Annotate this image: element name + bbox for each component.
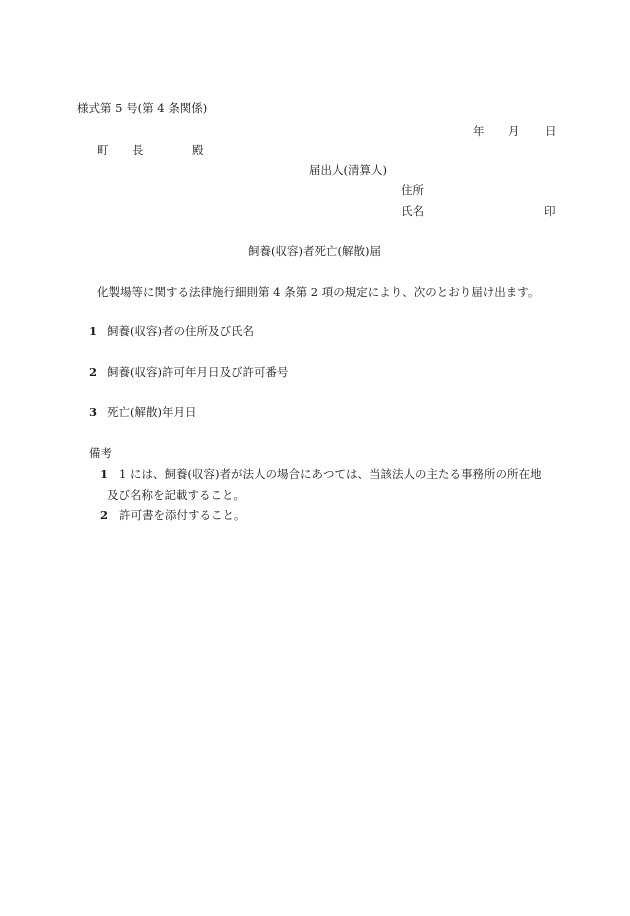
notes-heading: 備考 — [89, 446, 112, 460]
recipient-honorific: 殿 — [192, 143, 204, 157]
address-label: 住所 — [401, 183, 424, 197]
note-text: 1 には、飼養(収容)者が法人の場合にあつては、当該法人の主たる事務所の所在地 — [119, 467, 541, 481]
item-number: 2 — [89, 365, 97, 379]
name-label: 氏名 — [401, 204, 424, 218]
form-number: 様式第 5 号(第 4 条関係) — [77, 101, 207, 115]
note-number: 2 — [100, 508, 108, 522]
note-text-continued: 及び名称を記載すること。 — [107, 488, 245, 502]
recipient-head: 長 — [132, 143, 144, 157]
date-month-label: 月 — [508, 124, 520, 138]
submitter-label: 届出人(清算人) — [309, 163, 387, 177]
body-text: 化製場等に関する法律施行細則第 4 条第 2 項の規定により、次のとおり届け出ま… — [97, 285, 539, 299]
recipient-town: 町 — [97, 143, 109, 157]
date-year-label: 年 — [473, 124, 485, 138]
date-day-label: 日 — [545, 124, 557, 138]
item-number: 3 — [89, 405, 97, 419]
note-text: 許可書を添付すること。 — [119, 508, 246, 522]
item-number: 1 — [89, 324, 97, 338]
item-text: 死亡(解散)年月日 — [107, 405, 196, 419]
item-text: 飼養(収容)許可年月日及び許可番号 — [107, 365, 288, 379]
note-number: 1 — [100, 467, 108, 481]
document-title: 飼養(収容)者死亡(解散)届 — [248, 244, 381, 258]
seal-mark: 印 — [544, 204, 556, 218]
item-text: 飼養(収容)者の住所及び氏名 — [107, 324, 254, 338]
